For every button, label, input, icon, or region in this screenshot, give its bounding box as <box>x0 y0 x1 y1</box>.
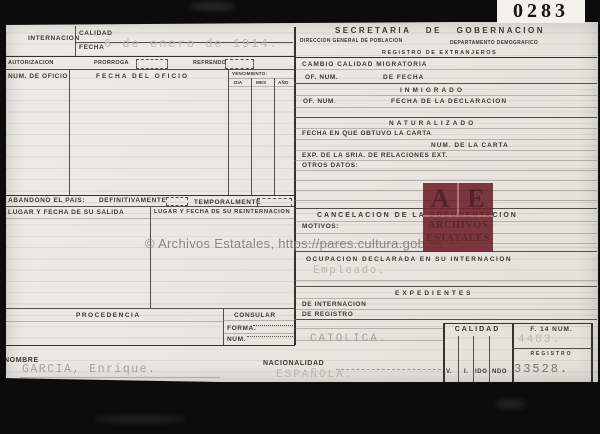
label-lugar-reinternacion: LUGAR Y FECHA DE SU REINTERNACION <box>154 209 290 215</box>
label-calidad-box: CALIDAD <box>443 326 512 333</box>
label-otros-datos: OTROS DATOS: <box>302 162 358 169</box>
value-f14: 4483. <box>518 334 561 346</box>
value-nombre: GARCIA, Enrique. <box>22 363 156 376</box>
label-of-num: OF. NUM. <box>305 74 338 81</box>
logo-grid-line <box>423 215 493 217</box>
document-title: SECRETARIA DE GOBERNACION <box>302 26 578 35</box>
label-departamento: DEPARTAMENTO DEMOGRAFICO <box>450 40 538 46</box>
col-ndo: NDO <box>492 369 507 375</box>
scan-smudge <box>495 400 525 408</box>
rule-line <box>591 323 593 382</box>
rule-line <box>6 321 223 322</box>
rule-line <box>294 139 597 140</box>
prorroga-box <box>136 59 168 69</box>
label-registro-folio: REGISTRO <box>512 351 591 357</box>
dotted-entry-line <box>253 325 293 326</box>
rule-line <box>6 56 295 57</box>
col-ano: AÑO <box>278 80 289 85</box>
label-of-num-2: OF. NUM. <box>303 98 336 105</box>
label-ocupacion: OCUPACION DECLARADA EN SU INTERNACION <box>306 256 512 263</box>
label-num-oficio: NUM. DE OFICIO <box>8 73 68 80</box>
rule-line <box>294 286 597 287</box>
label-cambio-calidad: CAMBIO CALIDAD MIGRATORIA <box>302 61 428 68</box>
rule-line <box>294 83 597 84</box>
rule-line <box>6 345 295 346</box>
label-procedencia: PROCEDENCIA <box>76 312 141 319</box>
label-definitivamente: DEFINITIVAMENTE <box>99 197 166 204</box>
label-fecha-carta: FECHA EN QUE OBTUVO LA CARTA <box>302 130 432 137</box>
col-mes: MES <box>256 80 266 85</box>
label-prorroga: PRORROGA <box>94 60 129 66</box>
label-de-registro: DE REGISTRO <box>302 311 353 318</box>
refrendo-box <box>225 59 254 69</box>
label-num: NUM. <box>227 336 246 343</box>
label-refrendo: REFRENDO <box>193 60 226 66</box>
label-direccion-general: DIRECCION GENERAL DE POBLACION <box>300 38 403 44</box>
definitivamente-box <box>166 197 188 206</box>
logo-word-estatales: ESTATALES <box>423 233 493 244</box>
value-religion: CATOLICA. <box>310 333 387 345</box>
value-registro: 33528. <box>514 362 569 376</box>
rule-line <box>489 336 490 382</box>
rule-line <box>294 128 597 129</box>
label-inmigrado: INMIGRADO <box>400 87 465 94</box>
label-consular: CONSULAR <box>234 312 276 319</box>
rule-line <box>20 377 220 378</box>
rule-line <box>294 107 597 108</box>
rule-line <box>223 320 295 321</box>
page-number-box: 0283 <box>497 0 585 23</box>
rule-line <box>228 78 294 79</box>
rule-line <box>223 308 224 345</box>
rule-line <box>294 69 597 70</box>
logo-word-archivos: ARCHIVOS <box>423 220 493 231</box>
col-dia: DIA <box>234 80 242 85</box>
rule-line <box>294 57 597 58</box>
label-calidad: CALIDAD <box>79 30 112 37</box>
label-fecha: FECHA <box>79 44 104 51</box>
col-ido: IDO <box>475 369 487 375</box>
rule-line <box>223 333 295 334</box>
label-naturalizado: NATURALIZADO <box>389 120 476 127</box>
scan-background: INTERNACION CALIDAD FECHA 6 de enero de … <box>0 0 600 434</box>
value-ocupacion: Empleado. <box>313 265 386 277</box>
col-i: I. <box>464 369 469 375</box>
archive-copyright-watermark: © Archivos Estatales, https://pares.cult… <box>145 236 443 251</box>
value-fecha-internacion: 6 de enero de 1914. <box>104 37 279 51</box>
rule-line <box>294 95 597 96</box>
rule-line <box>6 69 295 70</box>
rule-line <box>294 280 597 281</box>
label-nacionalidad: NACIONALIDAD <box>263 360 324 367</box>
label-abandono: ABANDONO EL PAIS: <box>8 197 85 204</box>
rule-line <box>458 336 459 382</box>
rule-line <box>294 170 597 171</box>
label-vencimiento: VENCIMIENTO: <box>232 71 267 76</box>
dotted-entry-line <box>247 336 293 337</box>
label-de-fecha: DE FECHA <box>383 74 424 81</box>
archivos-estatales-logo: A E ARCHIVOS ESTATALES <box>423 183 493 252</box>
rule-line <box>294 309 597 310</box>
rule-line <box>294 328 443 329</box>
rule-line <box>294 298 597 299</box>
rule-line <box>6 218 295 219</box>
rule-line <box>294 180 597 181</box>
label-registro-extranjeros: REGISTRO DE EXTRANJEROS <box>382 50 497 56</box>
label-lugar-salida: LUGAR Y FECHA DE SU SALIDA <box>8 209 124 216</box>
rule-line <box>443 323 592 324</box>
label-internacion: INTERNACION <box>28 35 80 42</box>
rule-line <box>294 150 597 151</box>
rule-line <box>6 308 295 309</box>
logo-letter-e: E <box>459 184 493 214</box>
value-nacionalidad: ESPAÑOLA. <box>276 369 353 381</box>
label-motivos: MOTIVOS: <box>302 223 339 230</box>
rule-line <box>512 348 592 349</box>
rule-line <box>294 319 597 320</box>
label-temporalmente: TEMPORALMENTE <box>194 199 261 206</box>
label-f14: F. 14 NUM. <box>512 326 591 333</box>
label-num-carta: NUM. DE LA CARTA <box>431 142 509 149</box>
page-number: 0283 <box>513 0 569 23</box>
scan-smudge <box>190 2 235 11</box>
rule-line <box>294 117 597 118</box>
rule-line <box>69 69 70 195</box>
rule-line <box>294 160 597 161</box>
document-card: INTERNACION CALIDAD FECHA 6 de enero de … <box>6 22 598 382</box>
scan-smudge <box>95 416 185 422</box>
col-v: V. <box>446 369 452 375</box>
label-forma: FORMA. <box>227 325 256 332</box>
label-fecha-oficio: FECHA DEL OFICIO <box>96 73 189 80</box>
logo-letter-a: A <box>423 184 457 214</box>
label-de-internacion: DE INTERNACION <box>302 301 366 308</box>
label-expedientes: EXPEDIENTES <box>395 290 474 297</box>
rule-line <box>274 78 275 195</box>
rule-line <box>228 69 229 195</box>
rule-line <box>150 206 151 308</box>
rule-line <box>228 86 294 87</box>
label-exp-sria: EXP. DE LA SRIA. DE RELACIONES EXT. <box>302 152 448 159</box>
label-autorizacion: AUTORIZACION <box>8 60 54 66</box>
label-fecha-declaracion: FECHA DE LA DECLARACION <box>391 98 507 105</box>
rule-line <box>251 78 252 195</box>
rule-line <box>473 336 474 382</box>
